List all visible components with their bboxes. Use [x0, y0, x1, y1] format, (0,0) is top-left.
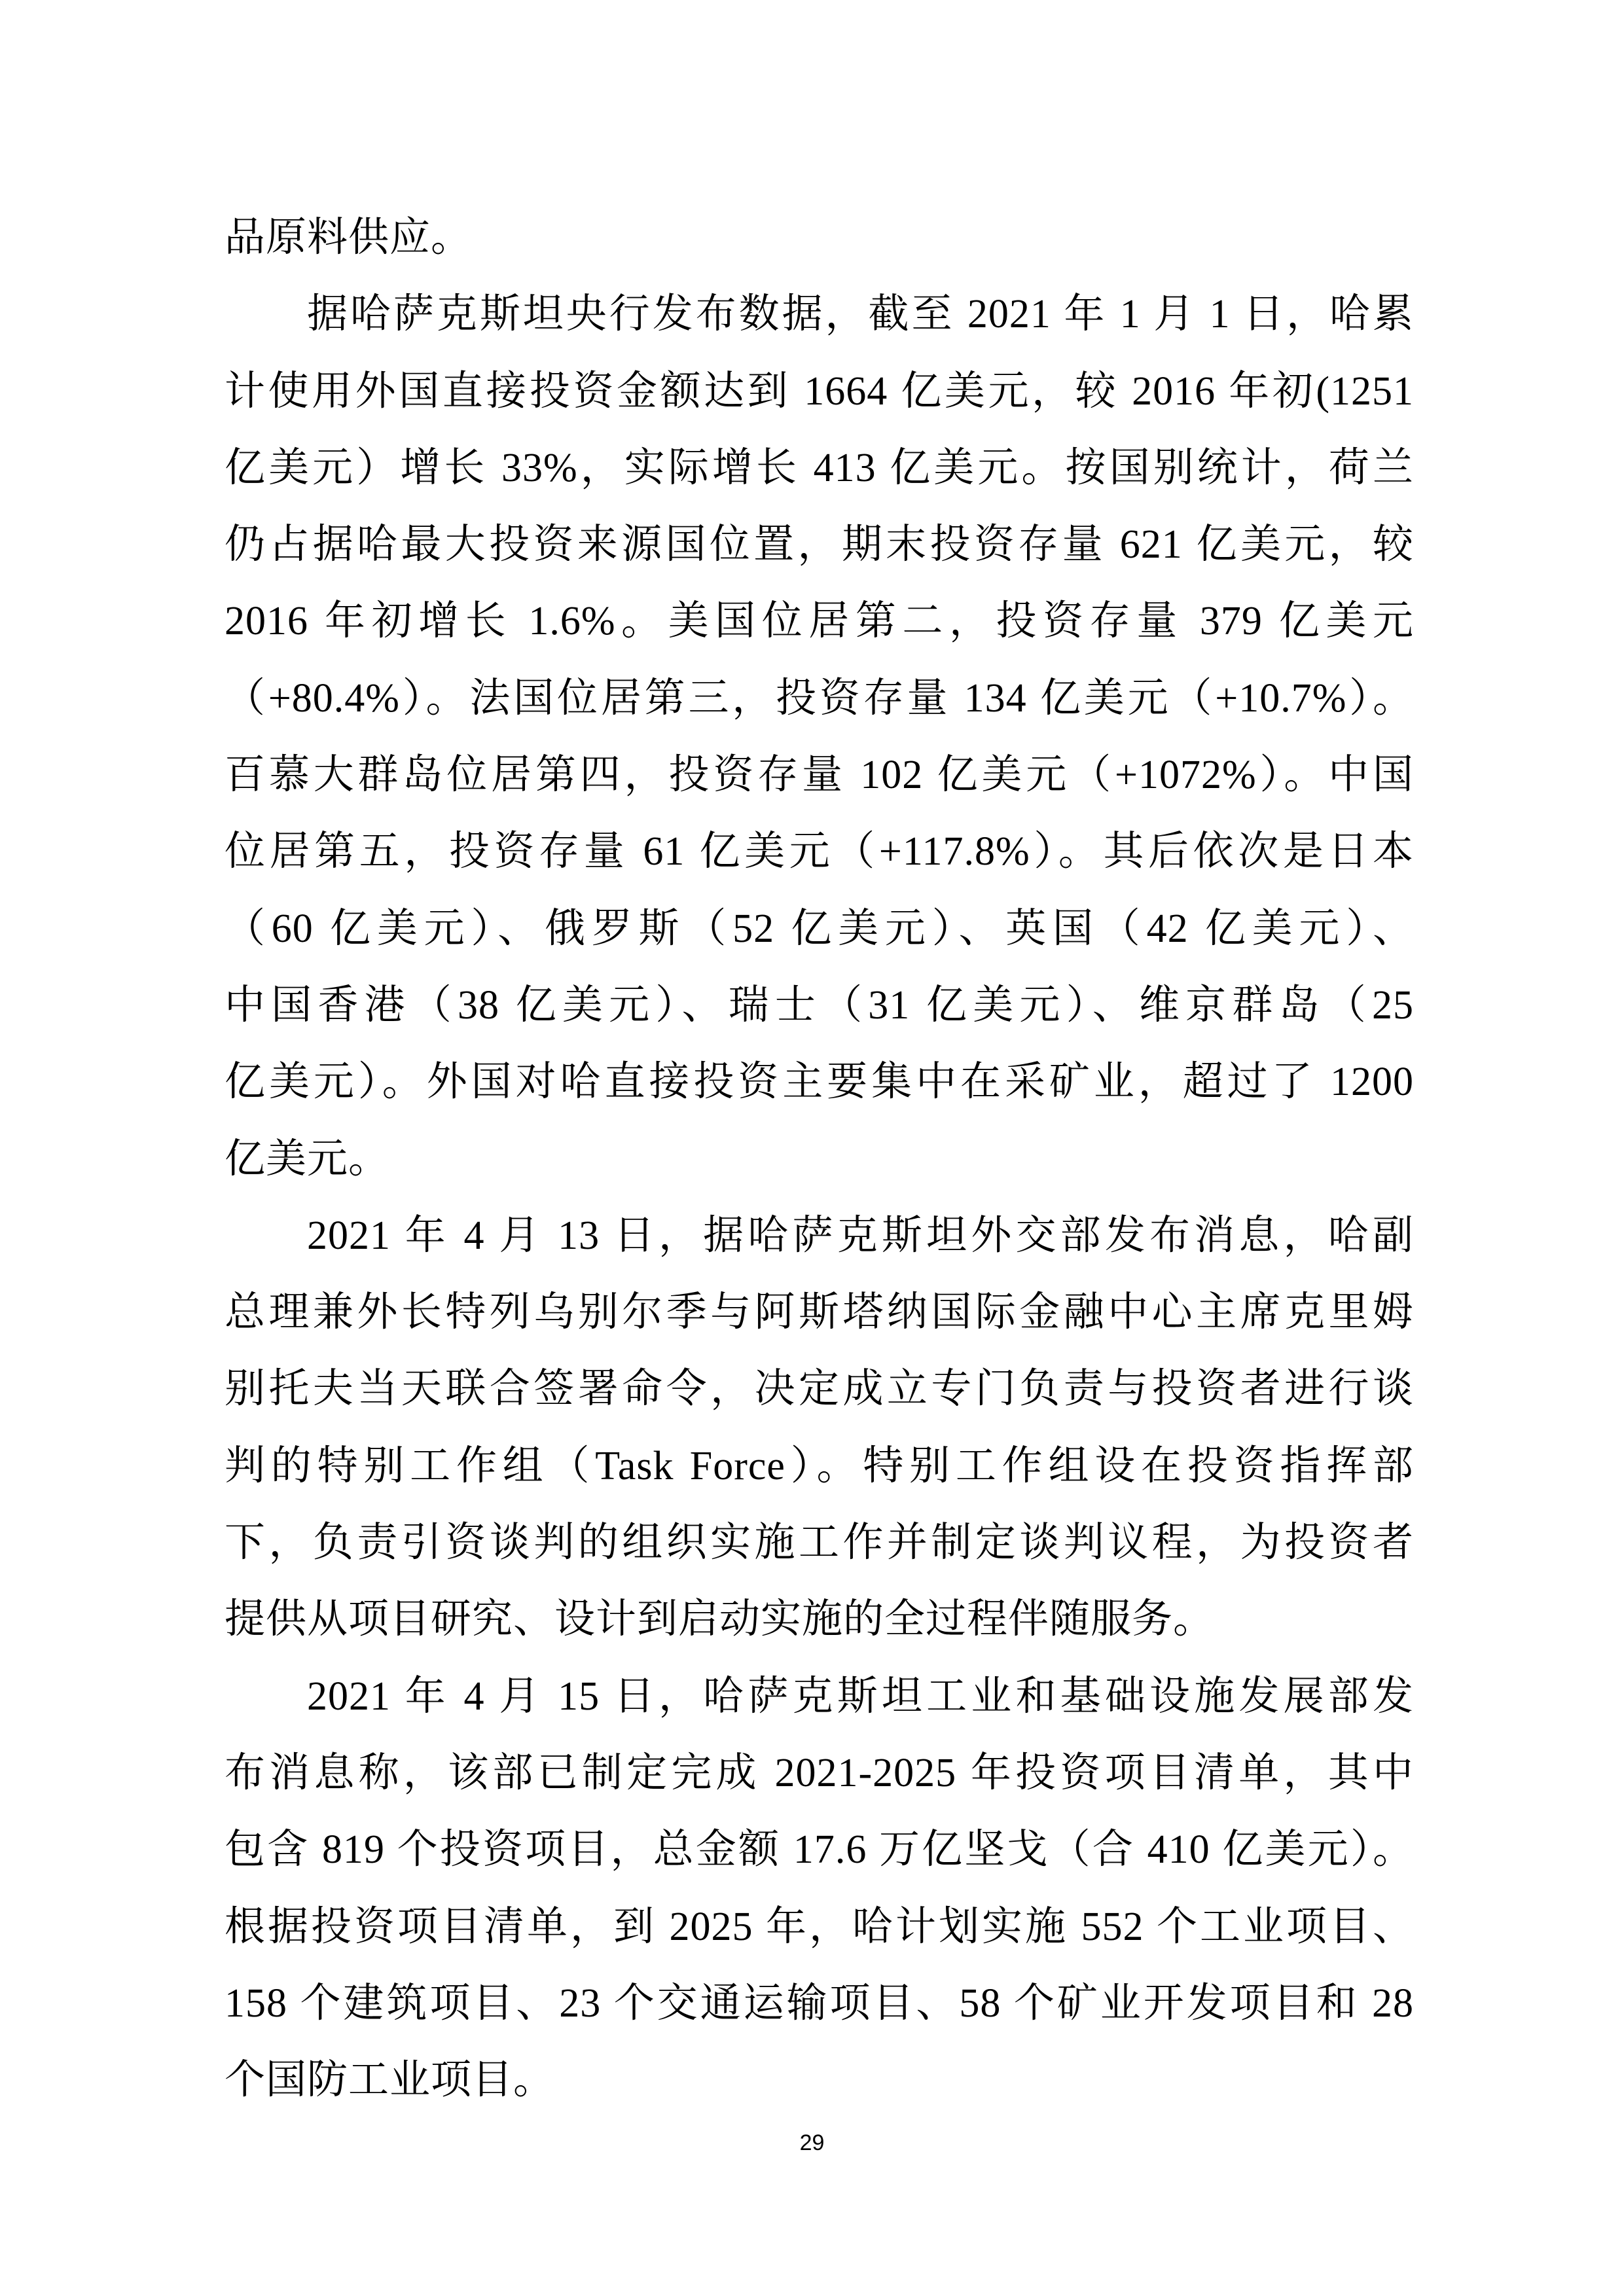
text-line: 包含 819 个投资项目，总金额 17.6 万亿坚戈（合 410 亿美元）。 — [225, 1812, 1414, 1888]
text-line: 158 个建筑项目、23 个交通运输项目、58 个矿业开发项目和 28 — [225, 1965, 1414, 2042]
text-line: 2021 年 4 月 15 日，哈萨克斯坦工业和基础设施发展部发 — [225, 1659, 1414, 1735]
text-line: 亿美元）。外国对哈直接投资主要集中在采矿业，超过了 1200 — [225, 1044, 1414, 1121]
page-footer: 29 — [0, 2128, 1624, 2157]
text-line: 别托夫当天联合签署命令，决定成立专门负责与投资者进行谈 — [225, 1351, 1414, 1427]
text-line: 下，负责引资谈判的组织实施工作并制定谈判议程，为投资者 — [225, 1505, 1414, 1581]
text-line: 布消息称，该部已制定完成 2021-2025 年投资项目清单，其中 — [225, 1735, 1414, 1812]
text-line: 品原料供应。 — [225, 200, 1414, 276]
text-line: 个国防工业项目。 — [225, 2042, 1414, 2119]
text-line: 据哈萨克斯坦央行发布数据，截至 2021 年 1 月 1 日，哈累 — [225, 276, 1414, 353]
text-line: 百慕大群岛位居第四，投资存量 102 亿美元（+1072%）。中国 — [225, 737, 1414, 814]
text-line: 根据投资项目清单，到 2025 年，哈计划实施 552 个工业项目、 — [225, 1889, 1414, 1965]
text-line: 亿美元）增长 33%，实际增长 413 亿美元。按国别统计，荷兰 — [225, 430, 1414, 507]
text-line: 亿美元。 — [225, 1121, 1414, 1198]
body-text: 品原料供应。 据哈萨克斯坦央行发布数据，截至 2021 年 1 月 1 日，哈累… — [225, 200, 1414, 2119]
page-number: 29 — [800, 2130, 825, 2155]
text-line: 仍占据哈最大投资来源国位置，期末投资存量 621 亿美元，较 — [225, 507, 1414, 583]
text-line: 提供从项目研究、设计到启动实施的全过程伴随服务。 — [225, 1581, 1414, 1658]
text-line: 总理兼外长特列乌别尔季与阿斯塔纳国际金融中心主席克里姆 — [225, 1274, 1414, 1351]
text-line: 2021 年 4 月 13 日，据哈萨克斯坦外交部发布消息，哈副 — [225, 1198, 1414, 1274]
document-page: 品原料供应。 据哈萨克斯坦央行发布数据，截至 2021 年 1 月 1 日，哈累… — [0, 0, 1624, 2296]
text-line: 判的特别工作组（Task Force）。特别工作组设在投资指挥部 — [225, 1428, 1414, 1505]
text-line: （+80.4%）。法国位居第三，投资存量 134 亿美元（+10.7%）。 — [225, 660, 1414, 737]
text-line: 位居第五，投资存量 61 亿美元（+117.8%）。其后依次是日本 — [225, 814, 1414, 890]
text-line: 计使用外国直接投资金额达到 1664 亿美元，较 2016 年初(1251 — [225, 353, 1414, 430]
text-line: （60 亿美元）、俄罗斯（52 亿美元）、英国（42 亿美元）、 — [225, 891, 1414, 967]
text-line: 2016 年初增长 1.6%。美国位居第二，投资存量 379 亿美元 — [225, 583, 1414, 660]
text-line: 中国香港（38 亿美元）、瑞士（31 亿美元）、维京群岛（25 — [225, 967, 1414, 1044]
